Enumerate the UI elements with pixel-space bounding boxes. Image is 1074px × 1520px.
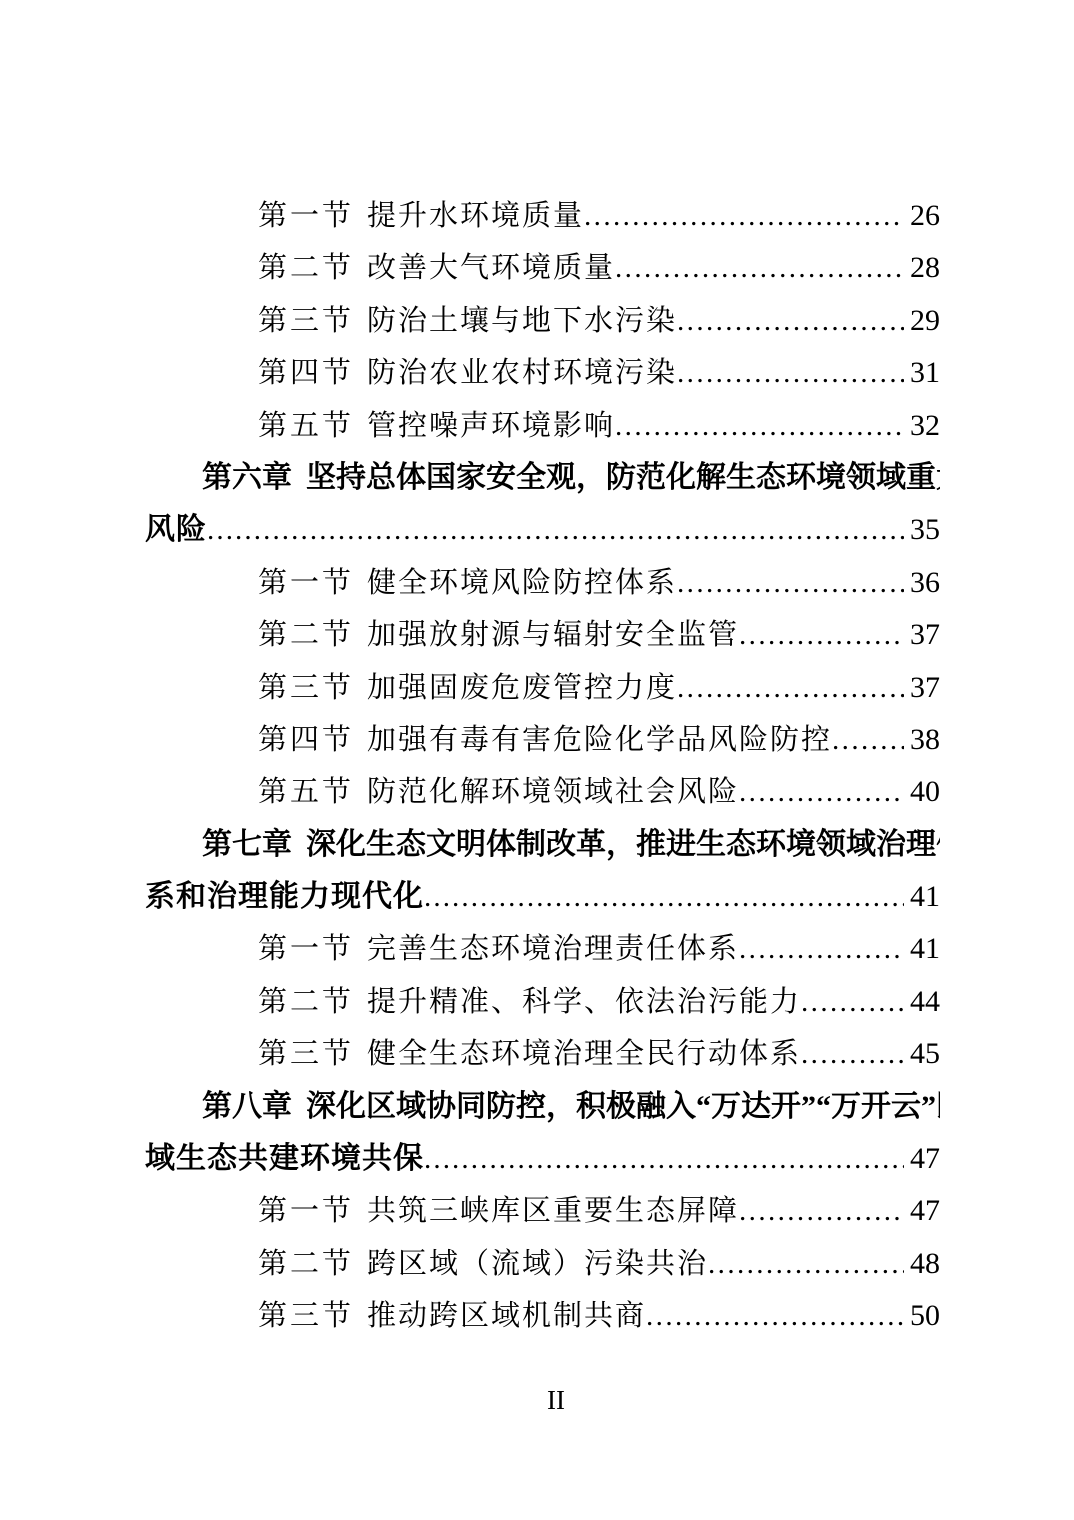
toc-section-entry[interactable]: 第二节 改善大气环境质量 ...........................… (145, 242, 940, 294)
section-label: 第二节 (258, 609, 354, 661)
chapter-title-text: 深化生态文明体制改革，推进生态环境领域治理体 (306, 828, 940, 861)
toc-section-entry[interactable]: 第二节 提升精准、科学、依法治污能力 .....................… (145, 976, 940, 1028)
dot-leader: ........................................… (646, 1290, 904, 1342)
dot-leader: ........................................… (207, 504, 904, 556)
chapter-title-text: 深化区域协同防控，积极融入“万达开”“万开云”区 (306, 1090, 940, 1123)
dot-leader: ........................................… (801, 976, 904, 1028)
toc-section-entry[interactable]: 第三节 加强固废危废管控力度 .........................… (145, 662, 940, 714)
section-page-number: 26 (904, 190, 940, 242)
toc-chapter-entry[interactable]: 第七章深化生态文明体制改革，推进生态环境领域治理体 系和治理能力现代化 ....… (145, 819, 940, 924)
chapter-title-line1: 第七章深化生态文明体制改革，推进生态环境领域治理体 (145, 819, 940, 871)
dot-leader: ........................................… (739, 609, 904, 661)
section-label: 第一节 (258, 190, 354, 242)
chapter-page-number: 35 (904, 504, 940, 556)
section-page-number: 37 (904, 609, 940, 661)
section-page-number: 32 (904, 400, 940, 452)
section-label: 第五节 (258, 766, 354, 818)
section-title: 改善大气环境质量 (367, 242, 615, 294)
toc-section-entry[interactable]: 第一节 健全环境风险防控体系 .........................… (145, 557, 940, 609)
chapter-label: 第六章 (202, 461, 292, 494)
section-label: 第三节 (258, 295, 354, 347)
toc-section-entry[interactable]: 第一节 共筑三峡库区重要生态屏障 .......................… (145, 1185, 940, 1237)
dot-leader: ........................................… (584, 190, 904, 242)
section-page-number: 44 (904, 976, 940, 1028)
dot-leader: ........................................… (677, 557, 904, 609)
toc-section-entry[interactable]: 第三节 健全生态环境治理全民行动体系 .....................… (145, 1028, 940, 1080)
section-label: 第一节 (258, 1185, 354, 1237)
dot-leader: ........................................… (424, 1133, 904, 1185)
section-page-number: 48 (904, 1238, 940, 1290)
section-title: 推动跨区域机制共商 (367, 1290, 646, 1342)
toc-section-entry[interactable]: 第四节 防治农业农村环境污染 .........................… (145, 347, 940, 399)
section-page-number: 47 (904, 1185, 940, 1237)
section-label: 第四节 (258, 347, 354, 399)
section-page-number: 50 (904, 1290, 940, 1342)
section-title: 健全生态环境治理全民行动体系 (367, 1028, 801, 1080)
section-label: 第四节 (258, 714, 354, 766)
chapter-title-wrap-text: 系和治理能力现代化 (145, 871, 424, 923)
table-of-contents: 第一节 提升水环境质量 ............................… (145, 190, 940, 1343)
section-label: 第三节 (258, 1028, 354, 1080)
chapter-title-line2: 风险 .....................................… (145, 504, 940, 556)
chapter-title-wrap-text: 域生态共建环境共保 (145, 1133, 424, 1185)
document-page: 第一节 提升水环境质量 ............................… (0, 0, 1074, 1520)
section-page-number: 38 (904, 714, 940, 766)
section-label: 第三节 (258, 662, 354, 714)
section-page-number: 45 (904, 1028, 940, 1080)
chapter-title-text: 坚持总体国家安全观，防范化解生态环境领域重大 (306, 461, 940, 494)
section-title: 跨区域（流域）污染共治 (367, 1238, 708, 1290)
chapter-title-line2: 域生态共建环境共保 ..............................… (145, 1133, 940, 1185)
dot-leader: ........................................… (739, 766, 904, 818)
dot-leader: ........................................… (739, 923, 904, 975)
chapter-page-number: 47 (904, 1133, 940, 1185)
toc-section-entry[interactable]: 第四节 加强有毒有害危险化学品风险防控 ....................… (145, 714, 940, 766)
dot-leader: ........................................… (708, 1238, 904, 1290)
section-page-number: 36 (904, 557, 940, 609)
section-title: 完善生态环境治理责任体系 (367, 923, 739, 975)
section-page-number: 28 (904, 242, 940, 294)
toc-chapter-entry[interactable]: 第六章坚持总体国家安全观，防范化解生态环境领域重大 风险 ...........… (145, 452, 940, 557)
section-page-number: 29 (904, 295, 940, 347)
section-title: 加强有毒有害危险化学品风险防控 (367, 714, 832, 766)
section-page-number: 31 (904, 347, 940, 399)
section-title: 提升水环境质量 (367, 190, 584, 242)
section-label: 第二节 (258, 1238, 354, 1290)
section-label: 第一节 (258, 557, 354, 609)
toc-section-entry[interactable]: 第一节 完善生态环境治理责任体系 .......................… (145, 923, 940, 975)
dot-leader: ........................................… (832, 714, 904, 766)
toc-section-entry[interactable]: 第三节 防治土壤与地下水污染 .........................… (145, 295, 940, 347)
section-label: 第五节 (258, 400, 354, 452)
toc-section-entry[interactable]: 第一节 提升水环境质量 ............................… (145, 190, 940, 242)
section-page-number: 41 (904, 923, 940, 975)
section-title: 防治农业农村环境污染 (367, 347, 677, 399)
chapter-label: 第八章 (202, 1090, 292, 1123)
toc-section-entry[interactable]: 第二节 加强放射源与辐射安全监管 .......................… (145, 609, 940, 661)
dot-leader: ........................................… (615, 242, 904, 294)
dot-leader: ........................................… (677, 662, 904, 714)
toc-chapter-entry[interactable]: 第八章深化区域协同防控，积极融入“万达开”“万开云”区 域生态共建环境共保 ..… (145, 1081, 940, 1186)
toc-section-entry[interactable]: 第五节 防范化解环境领域社会风险 .......................… (145, 766, 940, 818)
section-label: 第一节 (258, 923, 354, 975)
chapter-title-line1: 第六章坚持总体国家安全观，防范化解生态环境领域重大 (145, 452, 940, 504)
section-title: 健全环境风险防控体系 (367, 557, 677, 609)
section-page-number: 37 (904, 662, 940, 714)
section-title: 防范化解环境领域社会风险 (367, 766, 739, 818)
dot-leader: ........................................… (615, 400, 904, 452)
toc-section-entry[interactable]: 第二节 跨区域（流域）污染共治 ........................… (145, 1238, 940, 1290)
chapter-title-line1: 第八章深化区域协同防控，积极融入“万达开”“万开云”区 (145, 1081, 940, 1133)
toc-section-entry[interactable]: 第五节 管控噪声环境影响 ...........................… (145, 400, 940, 452)
dot-leader: ........................................… (739, 1185, 904, 1237)
section-title: 共筑三峡库区重要生态屏障 (367, 1185, 739, 1237)
dot-leader: ........................................… (801, 1028, 904, 1080)
chapter-title-line2: 系和治理能力现代化 ..............................… (145, 871, 940, 923)
chapter-label: 第七章 (202, 828, 292, 861)
dot-leader: ........................................… (677, 347, 904, 399)
section-title: 加强固废危废管控力度 (367, 662, 677, 714)
section-page-number: 40 (904, 766, 940, 818)
section-label: 第三节 (258, 1290, 354, 1342)
section-label: 第二节 (258, 242, 354, 294)
chapter-title-wrap-text: 风险 (145, 504, 207, 556)
section-title: 防治土壤与地下水污染 (367, 295, 677, 347)
footer-page-number: II (547, 1385, 565, 1415)
page-footer: II (19, 1384, 1074, 1416)
dot-leader: ........................................… (424, 871, 904, 923)
toc-section-entry[interactable]: 第三节 推动跨区域机制共商 ..........................… (145, 1290, 940, 1342)
section-title: 加强放射源与辐射安全监管 (367, 609, 739, 661)
section-title: 提升精准、科学、依法治污能力 (367, 976, 801, 1028)
section-label: 第二节 (258, 976, 354, 1028)
chapter-page-number: 41 (904, 871, 940, 923)
dot-leader: ........................................… (677, 295, 904, 347)
section-title: 管控噪声环境影响 (367, 400, 615, 452)
